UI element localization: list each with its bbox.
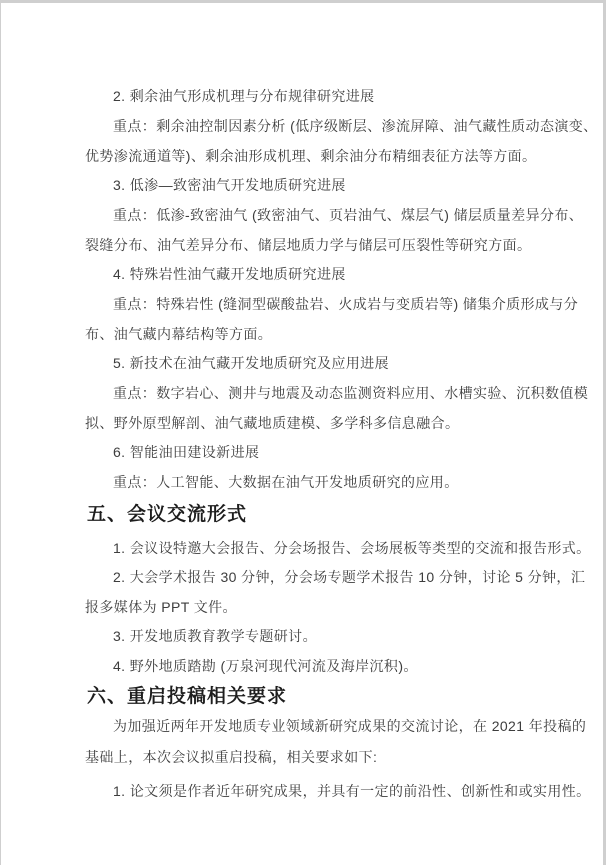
text-continuation-line: 报多媒体为 PPT 文件。 (85, 597, 237, 617)
numbered-item-line: 5. 新技术在油气藏开发地质研究及应用进展 (113, 353, 389, 373)
section-heading: 六、重启投稿相关要求 (87, 684, 287, 710)
text-continuation-line: 拟、野外原型解剖、油气藏地质建模、多学科多信息融合。 (85, 413, 459, 433)
numbered-item-line: 2. 剩余油气形成机理与分布规律研究进展 (113, 86, 375, 106)
numbered-item-line: 3. 开发地质教育教学专题研讨。 (113, 626, 317, 646)
paragraph-line: 为加强近两年开发地质专业领域新研究成果的交流讨论，在 2021 年投稿的 (113, 716, 586, 736)
numbered-item-line: 3. 低渗—致密油气开发地质研究进展 (113, 175, 346, 195)
key-point-line: 重点：剩余油控制因素分析 (低序级断层、渗流屏障、油气藏性质动态演变、 (113, 116, 598, 136)
text-continuation-line: 基础上，本次会议拟重启投稿，相关要求如下: (85, 747, 377, 767)
text-continuation-line: 裂缝分布、油气差异分布、储层地质力学与储层可压裂性等研究方面。 (85, 235, 531, 255)
numbered-item-line: 2. 大会学术报告 30 分钟，分会场专题学术报告 10 分钟，讨论 5 分钟，… (113, 567, 585, 587)
numbered-item-line: 4. 野外地质踏勘 (万泉河现代河流及海岸沉积)。 (113, 656, 418, 676)
numbered-item-line: 4. 特殊岩性油气藏开发地质研究进展 (113, 264, 346, 284)
key-point-line: 重点：低渗-致密油气 (致密油气、页岩油气、煤层气) 储层质量差异分布、 (113, 205, 583, 225)
key-point-line: 重点：特殊岩性 (缝洞型碳酸盐岩、火成岩与变质岩等) 储集介质形成与分 (113, 294, 578, 314)
text-continuation-line: 布、油气藏内幕结构等方面。 (85, 324, 272, 344)
text-continuation-line: 优势渗流通道等)、剩余油形成机理、剩余油分布精细表征方法等方面。 (85, 146, 536, 166)
key-point-line: 重点：人工智能、大数据在油气开发地质研究的应用。 (113, 472, 459, 492)
document-page: 2. 剩余油气形成机理与分布规律研究进展 重点：剩余油控制因素分析 (低序级断层… (1, 3, 603, 865)
document-viewport: 2. 剩余油气形成机理与分布规律研究进展 重点：剩余油控制因素分析 (低序级断层… (0, 0, 606, 865)
key-point-line: 重点：数字岩心、测井与地震及动态监测资料应用、水槽实验、沉积数值模 (113, 383, 588, 403)
numbered-item-line: 1. 论文须是作者近年研究成果，并具有一定的前沿性、创新性和或实用性。 (113, 781, 591, 801)
section-heading: 五、会议交流形式 (87, 502, 247, 528)
numbered-item-line: 6. 智能油田建设新进展 (113, 442, 259, 462)
numbered-item-line: 1. 会议设特邀大会报告、分会场报告、会场展板等类型的交流和报告形式。 (113, 538, 591, 558)
